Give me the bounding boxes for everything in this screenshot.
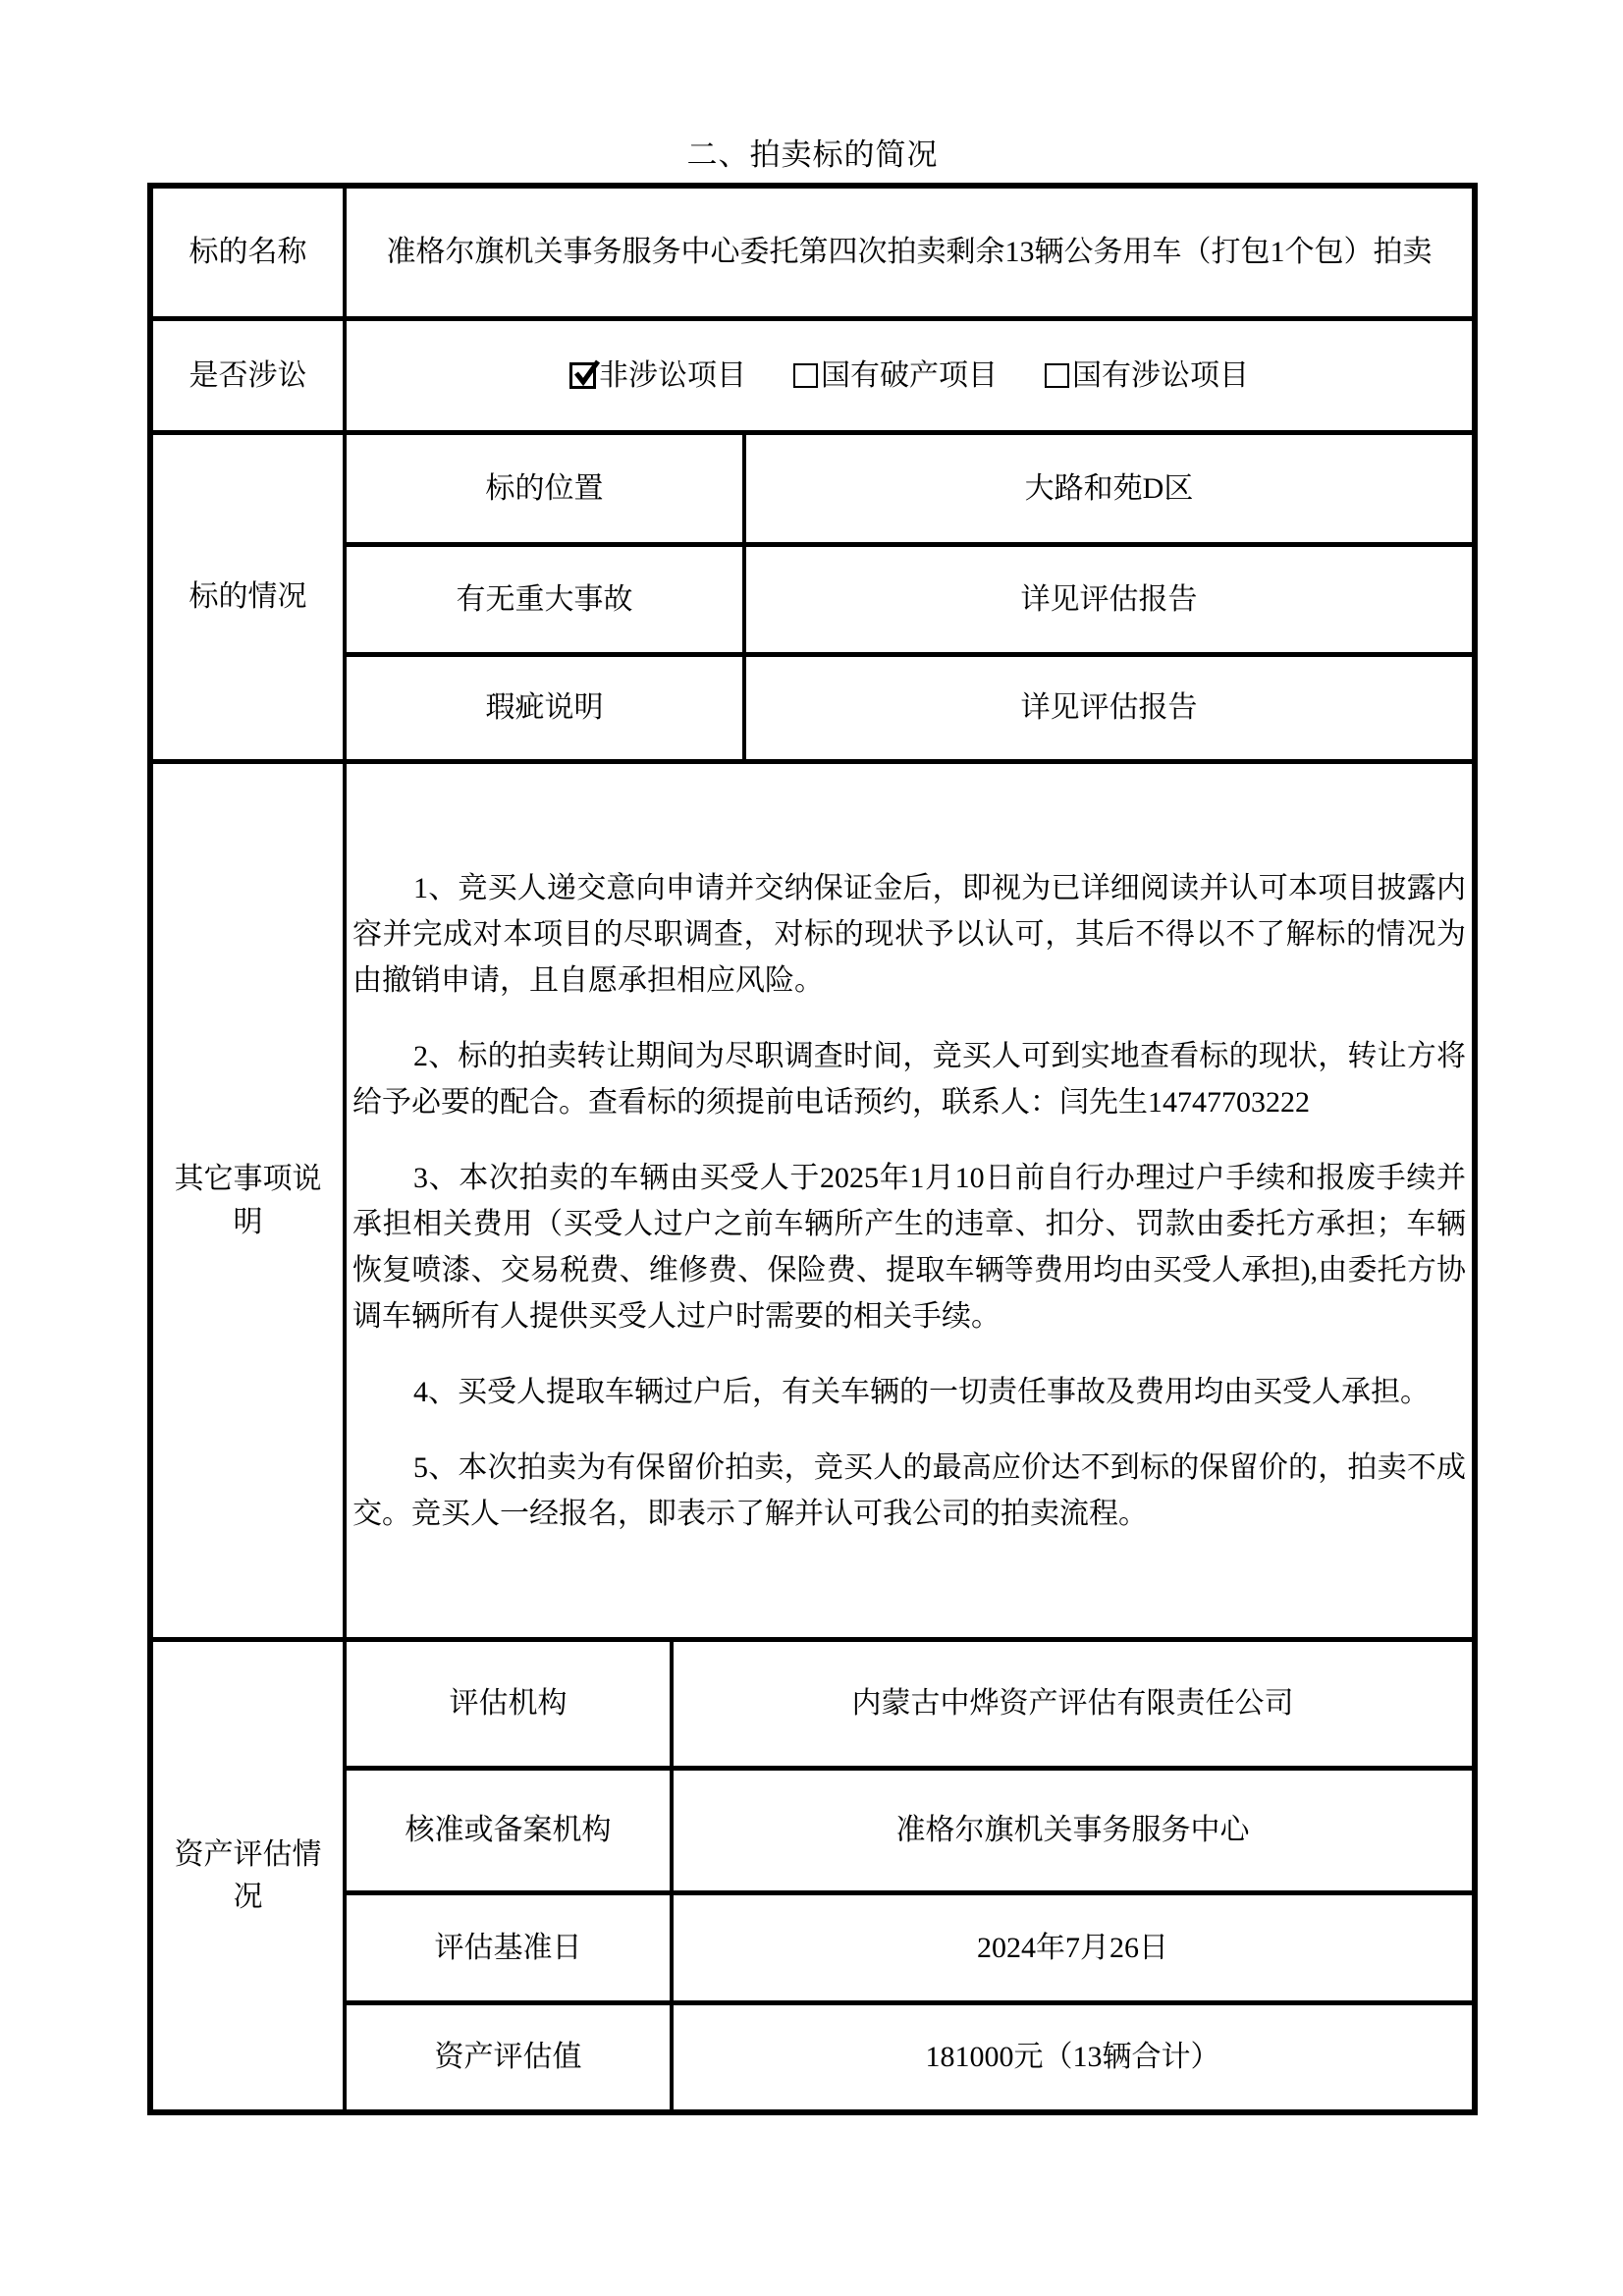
document-page: { "page_title": "二、拍卖标的简况", "colors": { … [0,0,1623,2296]
name-label: 标的名称 [153,189,343,316]
appraisal-row-value: 181000元（13辆合计） [670,2000,1472,2109]
appraisal-row-value: 2024年7月26日 [670,1890,1472,2000]
condition-row-label: 瑕疵说明 [343,652,742,759]
remark-paragraph: 1、竞买人递交意向申请并交纳保证金后，即视为已详细阅读并认可本项目披露内容并完成… [352,865,1466,1004]
appraisal-row-label: 评估机构 [343,1642,670,1766]
option-state-bankruptcy: 国有破产项目 [793,355,998,398]
option-label: 国有涉讼项目 [1072,355,1249,398]
checkbox-checked-icon [569,362,596,389]
table-section-other: 其它事项说明 1、竞买人递交意向申请并交纳保证金后，即视为已详细阅读并认可本项目… [153,759,1472,1637]
option-state-litigation: 国有涉讼项目 [1045,355,1249,398]
remark-paragraph: 2、标的拍卖转让期间为尽职调查时间，竞买人可到实地查看标的现状，转让方将给予必要… [352,1033,1466,1125]
table-row-litigation: 是否涉讼 非涉讼项目 国有破产项目 国有涉讼项目 [153,316,1472,430]
auction-summary-table: 标的名称 准格尔旗机关事务服务中心委托第四次拍卖剩余13辆公务用车（打包1个包）… [147,183,1478,2115]
litigation-label: 是否涉讼 [153,321,343,430]
litigation-options: 非涉讼项目 国有破产项目 国有涉讼项目 [343,321,1472,430]
name-value: 准格尔旗机关事务服务中心委托第四次拍卖剩余13辆公务用车（打包1个包）拍卖 [343,189,1472,316]
remark-paragraph: 4、买受人提取车辆过户后，有关车辆的一切责任事故及费用均由买受人承担。 [352,1369,1466,1415]
option-non-litigation: 非涉讼项目 [569,355,746,398]
check-mark-icon [570,356,603,389]
appraisal-row-label: 资产评估值 [343,2000,670,2109]
option-label: 国有破产项目 [821,355,998,398]
remark-paragraph: 3、本次拍卖的车辆由买受人于2025年1月10日前自行办理过户手续和报废手续并承… [352,1155,1466,1339]
table-row-name: 标的名称 准格尔旗机关事务服务中心委托第四次拍卖剩余13辆公务用车（打包1个包）… [153,189,1472,316]
appraisal-row-label: 核准或备案机构 [343,1766,670,1890]
page-title: 二、拍卖标的简况 [147,130,1478,174]
option-label: 非涉讼项目 [599,355,746,398]
condition-row-label: 有无重大事故 [343,542,742,652]
condition-row-value: 大路和苑D区 [742,435,1472,542]
appraisal-label: 资产评估情况 [153,1642,343,2109]
table-section-appraisal: 资产评估情况 评估机构 内蒙古中烨资产评估有限责任公司 核准或备案机构 准格尔旗… [153,1637,1472,2109]
appraisal-row-value: 内蒙古中烨资产评估有限责任公司 [670,1642,1472,1766]
condition-label: 标的情况 [153,435,343,759]
condition-row-value: 详见评估报告 [742,652,1472,759]
checkbox-unchecked-icon [1045,363,1069,388]
condition-row-value: 详见评估报告 [742,542,1472,652]
other-label: 其它事项说明 [153,764,343,1637]
appraisal-row-label: 评估基准日 [343,1890,670,2000]
remark-paragraph: 5、本次拍卖为有保留价拍卖，竞买人的最高应价达不到标的保留价的，拍卖不成交。竞买… [352,1445,1466,1537]
condition-row-label: 标的位置 [343,435,742,542]
table-section-condition: 标的情况 标的位置 大路和苑D区 有无重大事故 详见评估报告 瑕疵说明 详见评估… [153,430,1472,759]
appraisal-row-value: 准格尔旗机关事务服务中心 [670,1766,1472,1890]
other-remarks: 1、竞买人递交意向申请并交纳保证金后，即视为已详细阅读并认可本项目披露内容并完成… [343,764,1472,1637]
checkbox-unchecked-icon [793,363,818,388]
